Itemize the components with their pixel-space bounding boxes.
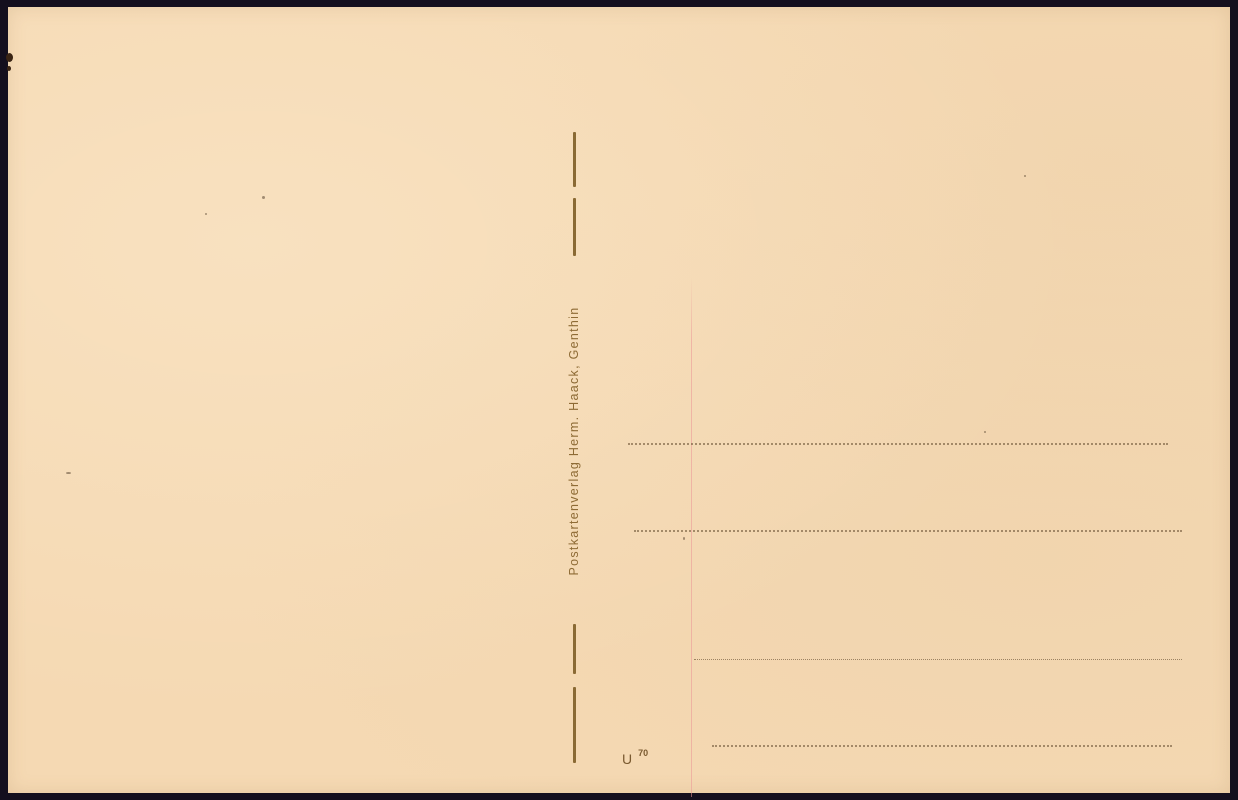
address-line-4 <box>712 745 1172 747</box>
address-line-2 <box>634 530 1182 532</box>
postcard-back: Postkartenverlag Herm. Haack, Genthin U7… <box>8 7 1230 793</box>
faint-show-through-text <box>673 95 1123 123</box>
center-divider-segment <box>573 198 576 256</box>
center-divider-segment <box>573 132 576 187</box>
center-divider-segment <box>573 624 576 674</box>
faint-red-guide-line <box>691 277 692 797</box>
publisher-imprint: Postkartenverlag Herm. Haack, Genthin <box>567 306 581 575</box>
paper-speck <box>66 472 71 474</box>
paper-speck <box>1024 175 1026 177</box>
catalog-code-number: 70 <box>638 748 648 758</box>
paper-speck <box>205 213 207 215</box>
edge-stain <box>7 66 11 71</box>
paper-speck <box>262 196 265 199</box>
paper-speck <box>984 431 986 433</box>
catalog-code-letter: U <box>622 751 632 767</box>
address-line-1 <box>628 443 1168 445</box>
address-line-3 <box>694 659 1182 660</box>
edge-stain <box>6 53 13 62</box>
paper-speck <box>683 537 685 540</box>
catalog-code: U70 <box>622 751 642 767</box>
center-divider-segment <box>573 687 576 763</box>
